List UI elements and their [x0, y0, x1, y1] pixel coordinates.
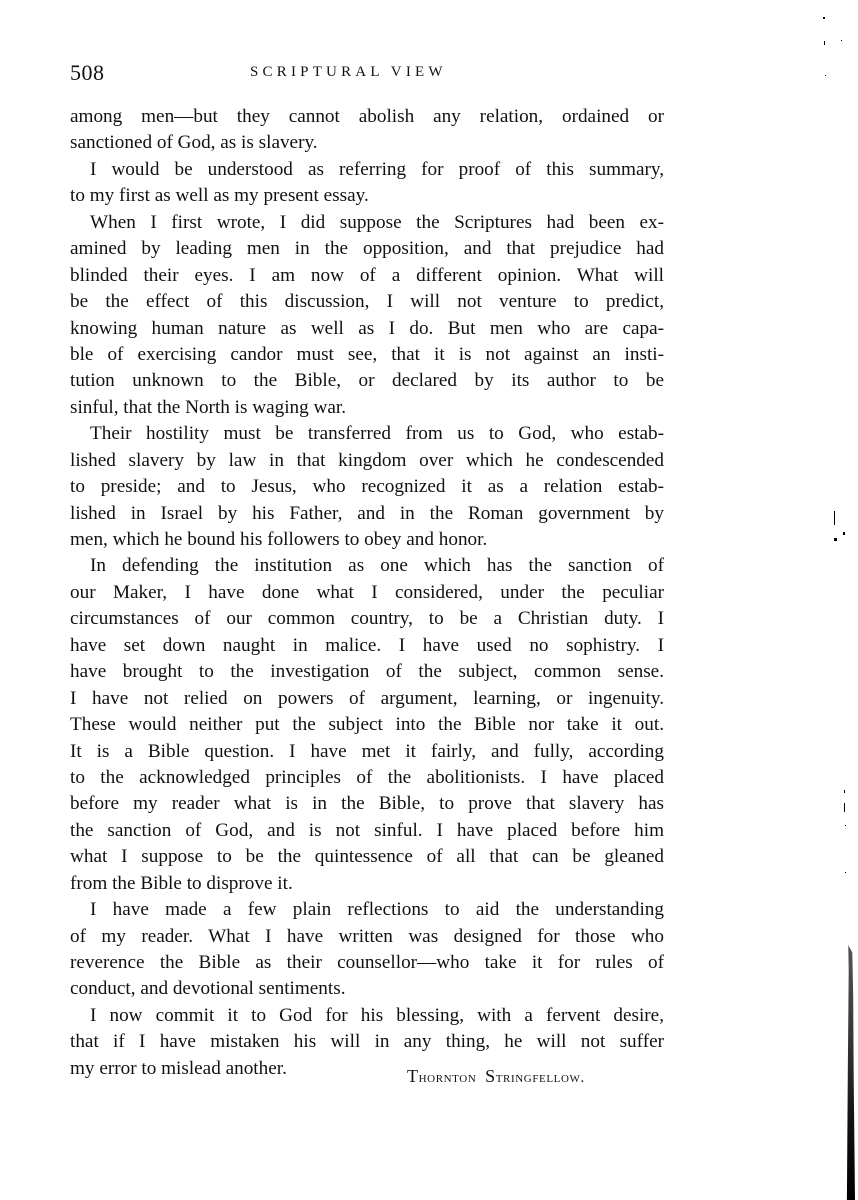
scan-speck [844, 803, 845, 812]
page-number: 508 [70, 60, 105, 86]
scan-speck [834, 538, 837, 541]
text-line: sanctioned of God, as is slavery. [70, 130, 664, 156]
text-line: blinded their eyes. I am now of a differ… [70, 263, 664, 289]
running-title: SCRIPTURAL VIEW [250, 64, 447, 81]
running-head: 508 SCRIPTURAL VIEW [70, 60, 664, 90]
text-line: I would be understood as referring for p… [70, 157, 664, 183]
text-line: to my first as well as my present essay. [70, 183, 664, 209]
text-line: Their hostility must be transferred from… [70, 421, 664, 447]
text-line: I now commit it to God for his blessing,… [70, 1003, 664, 1029]
text-line: knowing human nature as well as I do. Bu… [70, 316, 664, 342]
scan-speck [843, 532, 845, 535]
text-line: before my reader what is in the Bible, t… [70, 791, 664, 817]
text-line: I have not relied on powers of argument,… [70, 686, 664, 712]
scan-mark [834, 511, 835, 525]
text-line: from the Bible to disprove it. [70, 871, 664, 897]
page-edge-shadow [846, 945, 855, 1200]
text-line: conduct, and devotional sentiments. [70, 976, 664, 1002]
body-text: among men—but they cannot abolish any re… [70, 104, 664, 1082]
scan-speck [844, 790, 845, 793]
text-line: lished in Israel by his Father, and in t… [70, 501, 664, 527]
text-line: sinful, that the North is waging war. [70, 395, 664, 421]
text-line: lished slavery by law in that kingdom ov… [70, 448, 664, 474]
text-line: These would neither put the subject into… [70, 712, 664, 738]
text-line: have brought to the investigation of the… [70, 659, 664, 685]
text-line: be the effect of this discussion, I will… [70, 289, 664, 315]
text-line: In defending the institution as one whic… [70, 553, 664, 579]
text-line: reverence the Bible as their counsellor—… [70, 950, 664, 976]
text-line: I have made a few plain reflections to a… [70, 897, 664, 923]
scan-speck [845, 825, 846, 826]
text-line: among men—but they cannot abolish any re… [70, 104, 664, 130]
text-line: that if I have mistaken his will in any … [70, 1029, 664, 1055]
signature-last-initial: S [485, 1066, 496, 1086]
text-line: amined by leading men in the opposition,… [70, 236, 664, 262]
text-line: to preside; and to Jesus, who recognized… [70, 474, 664, 500]
text-line: our Maker, I have done what I considered… [70, 580, 664, 606]
book-page: 508 SCRIPTURAL VIEW among men—but they c… [0, 0, 858, 1200]
text-line: It is a Bible question. I have met it fa… [70, 739, 664, 765]
scan-speck [824, 41, 825, 45]
text-line: circumstances of our common country, to … [70, 606, 664, 632]
text-line: men, which he bound his followers to obe… [70, 527, 664, 553]
text-line: tution unknown to the Bible, or declared… [70, 368, 664, 394]
author-signature: Thornton Stringfellow. [407, 1066, 585, 1087]
text-line: ble of exercising candor must see, that … [70, 342, 664, 368]
signature-last-rest: tringfellow. [496, 1070, 585, 1086]
scan-speck [841, 40, 842, 41]
text-line: of my reader. What I have written was de… [70, 924, 664, 950]
text-line: have set down naught in malice. I have u… [70, 633, 664, 659]
scan-speck [825, 75, 826, 76]
signature-first-rest: hornton [419, 1070, 477, 1086]
text-line: When I first wrote, I did suppose the Sc… [70, 210, 664, 236]
text-line: the sanction of God, and is not sinful. … [70, 818, 664, 844]
scan-speck [845, 872, 846, 873]
scan-speck [823, 17, 825, 19]
text-line: what I suppose to be the quintessence of… [70, 844, 664, 870]
signature-first-initial: T [407, 1066, 419, 1086]
text-line: to the acknowledged principles of the ab… [70, 765, 664, 791]
